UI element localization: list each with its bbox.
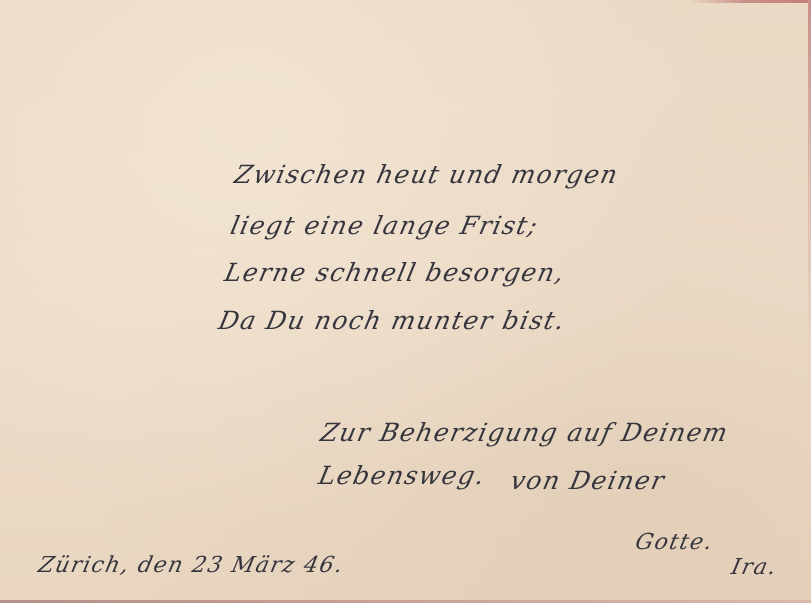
page-top-edge bbox=[0, 0, 811, 3]
dedication-line-3: von Deiner bbox=[508, 466, 668, 495]
place-date: Zürich, den 23 März 46. bbox=[36, 553, 346, 578]
poem-line-4: Da Du noch munter bist. bbox=[216, 306, 568, 335]
poem-line-1: Zwischen heut und morgen bbox=[232, 160, 621, 189]
dedication-line-2: Lebensweg. bbox=[316, 461, 488, 490]
album-page: Zwischen heut und morgen liegt eine lang… bbox=[0, 0, 811, 603]
poem-line-2: liegt eine lange Frist; bbox=[228, 211, 541, 240]
initials: Ira. bbox=[729, 555, 780, 580]
signature: Gotte. bbox=[633, 530, 716, 555]
dedication-line-1: Zur Beherzigung auf Deinem bbox=[318, 418, 732, 447]
poem-line-3: Lerne schnell besorgen, bbox=[222, 258, 568, 287]
